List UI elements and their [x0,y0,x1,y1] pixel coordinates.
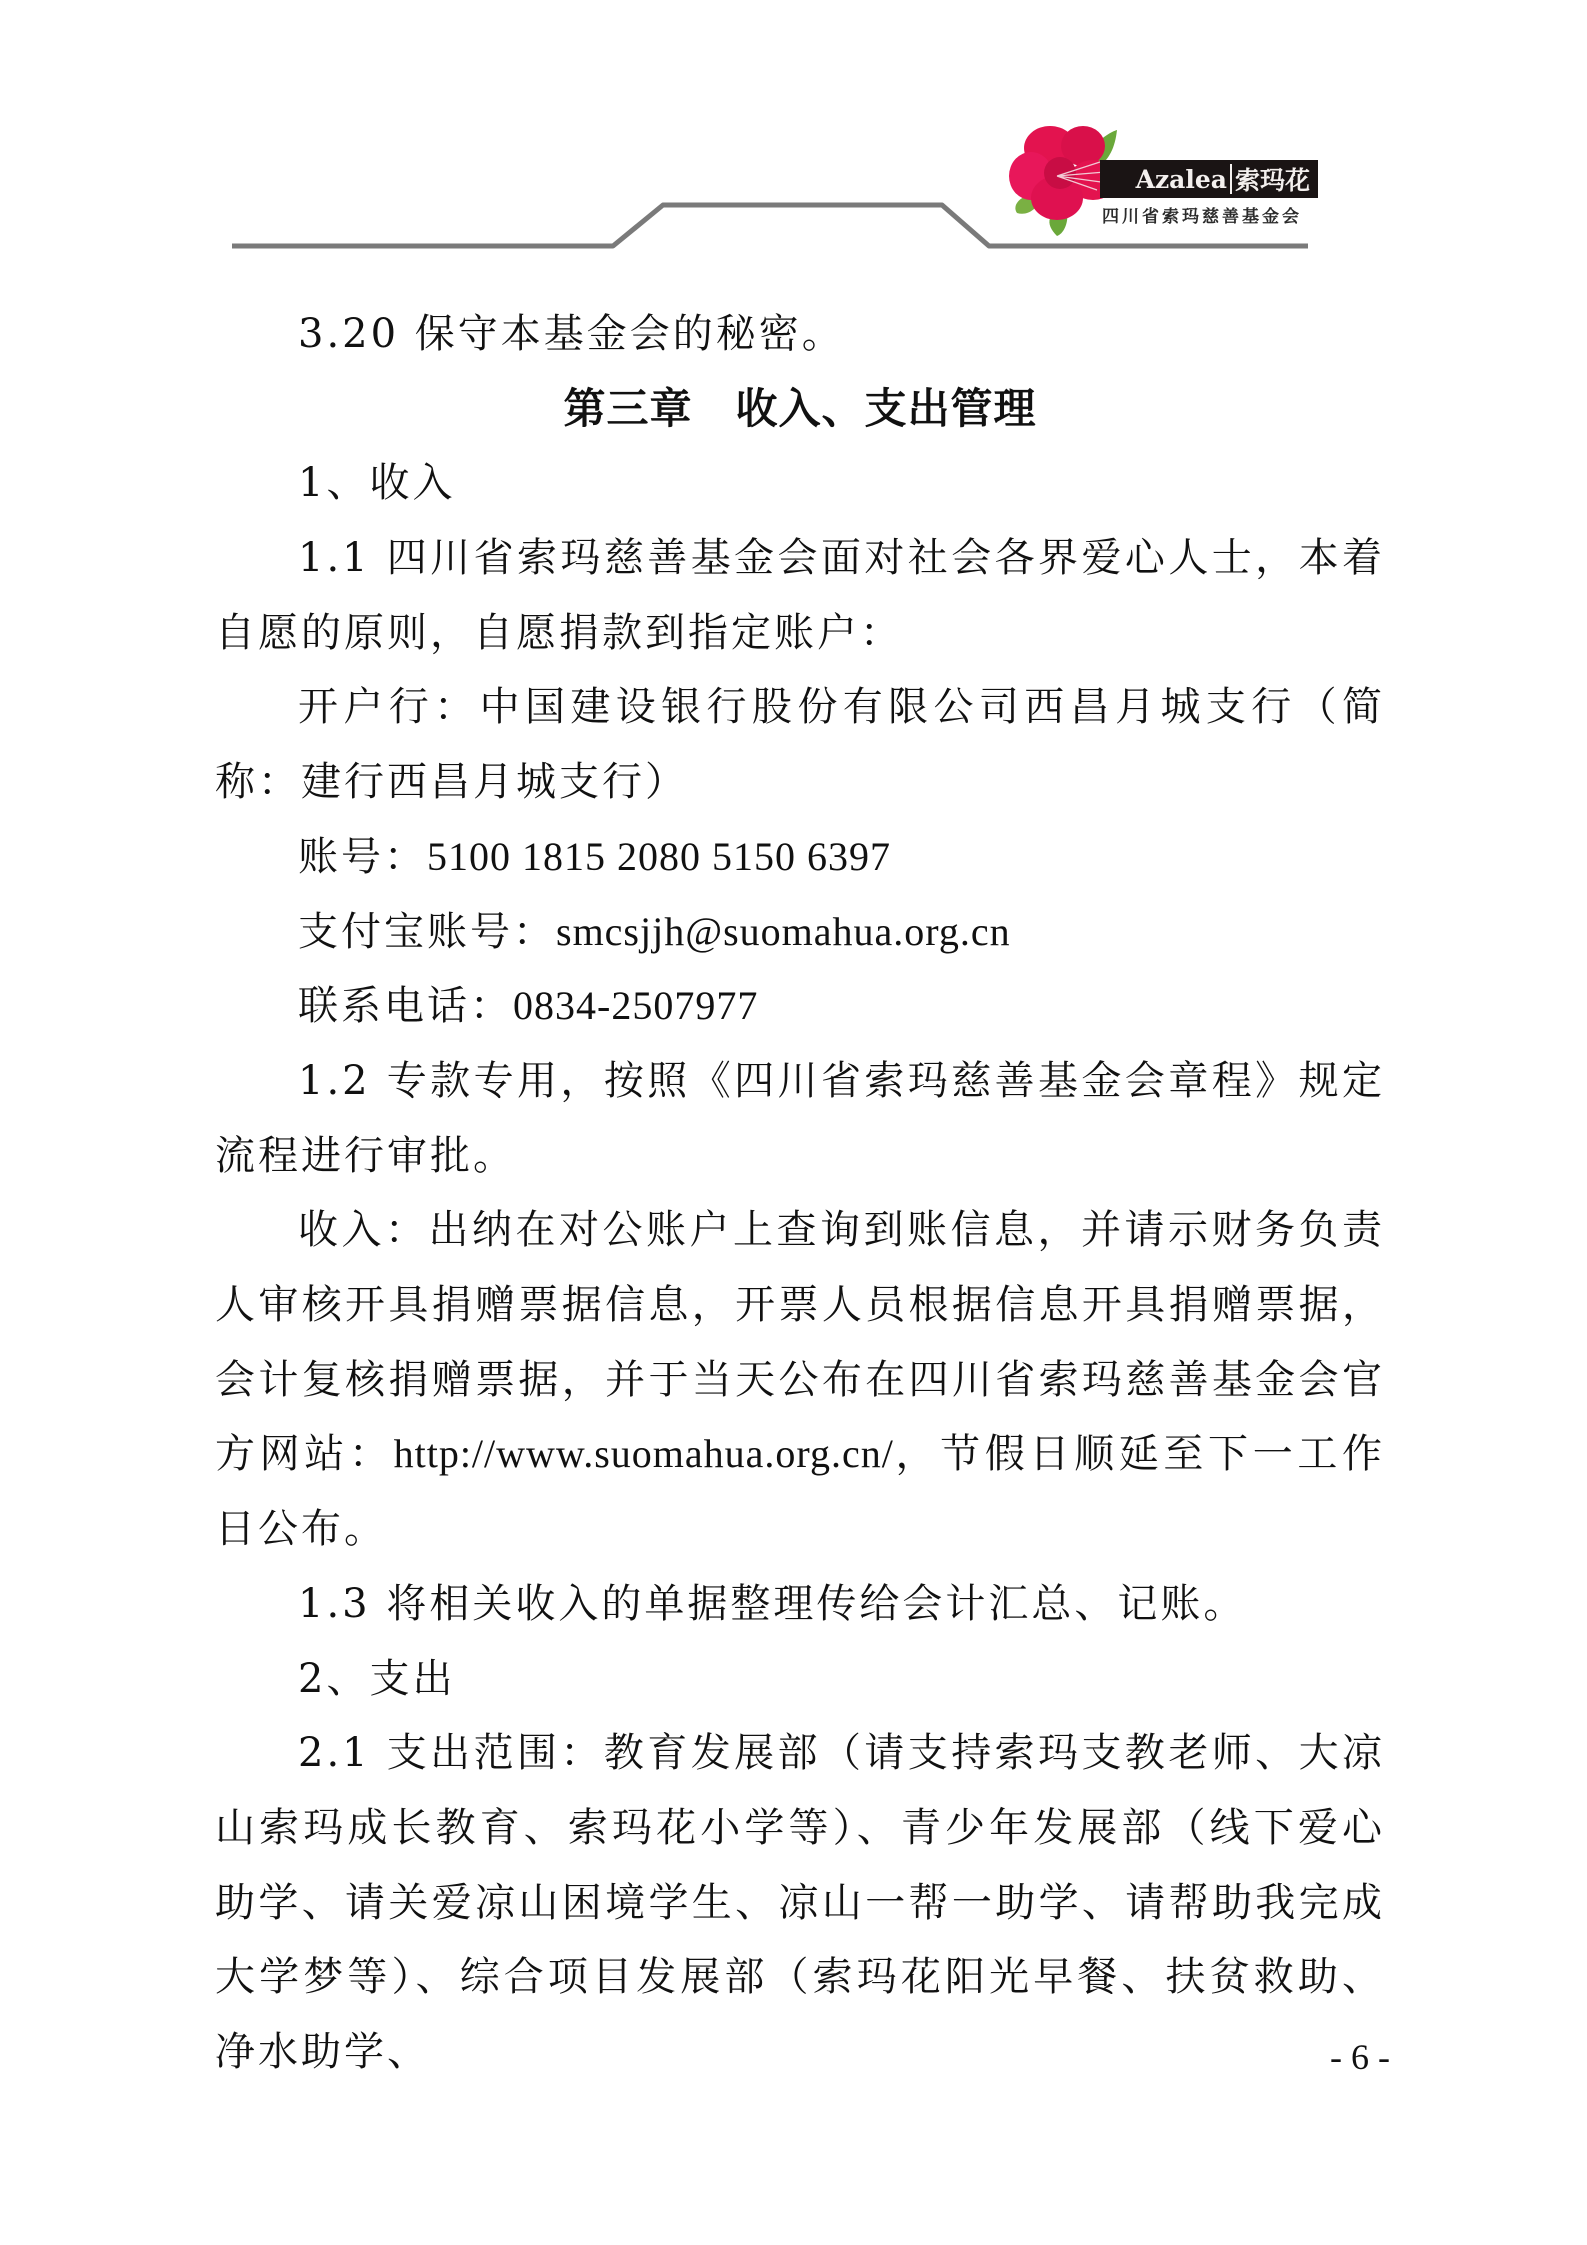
account-value: 5100 1815 2080 5150 6397 [427,834,891,879]
alipay-label: 支付宝账号： [298,909,556,955]
logo-brand-bar: Azalea索玛花 [1100,160,1318,198]
alipay-value: smcsjjh@suomahua.org.cn [556,909,1011,954]
clause-1-1: 1.1 四川省索玛慈善基金会面对社会各界爱心人士，本着自愿的原则，自愿捐款到指定… [215,521,1385,670]
section-income-heading: 1、收入 [215,446,1385,521]
phone-value: 0834-2507977 [513,983,758,1028]
clause-1-2: 1.2 专款专用，按照《四川省索玛慈善基金会章程》规定流程进行审批。 [215,1044,1385,1193]
chapter-title: 第三章 收入、支出管理 [215,372,1385,447]
clause-2-1: 2.1 支出范围：教育发展部（请支持索玛支教老师、大凉山索玛成长教育、索玛花小学… [215,1716,1385,2090]
page-number: - 6 - [1320,2036,1400,2078]
header-rule [0,0,1587,260]
income-procedure: 收入：出纳在对公账户上查询到账信息，并请示财务负责人审核开具捐赠票据信息，开票人… [215,1193,1385,1567]
logo-org-name: 四川省索玛慈善基金会 [1102,202,1322,227]
logo-brand-en: Azalea [1136,165,1227,194]
alipay-line: 支付宝账号：smcsjjh@suomahua.org.cn [215,895,1385,970]
section-expense-heading: 2、支出 [215,1642,1385,1717]
document-body: 3.20 保守本基金会的秘密。 第三章 收入、支出管理 1、收入 1.1 四川省… [215,297,1385,2090]
account-number-line: 账号：5100 1815 2080 5150 6397 [215,820,1385,895]
bank-label: 开户行： [298,684,480,730]
logo-brand-cn: 索玛花 [1235,161,1310,197]
phone-label: 联系电话： [298,983,513,1029]
account-label: 账号： [298,834,427,880]
clause-1-3: 1.3 将相关收入的单据整理传给会计汇总、记账。 [215,1567,1385,1642]
bank-info: 开户行：中国建设银行股份有限公司西昌月城支行（简称：建行西昌月城支行） [215,670,1385,819]
foundation-logo: Azalea索玛花 四川省索玛慈善基金会 [1005,118,1325,238]
website-link[interactable]: http://www.suomahua.org.cn/ [394,1431,894,1476]
clause-3-20: 3.20 保守本基金会的秘密。 [215,297,1385,372]
phone-line: 联系电话：0834-2507977 [215,969,1385,1044]
logo-separator [1230,164,1232,194]
